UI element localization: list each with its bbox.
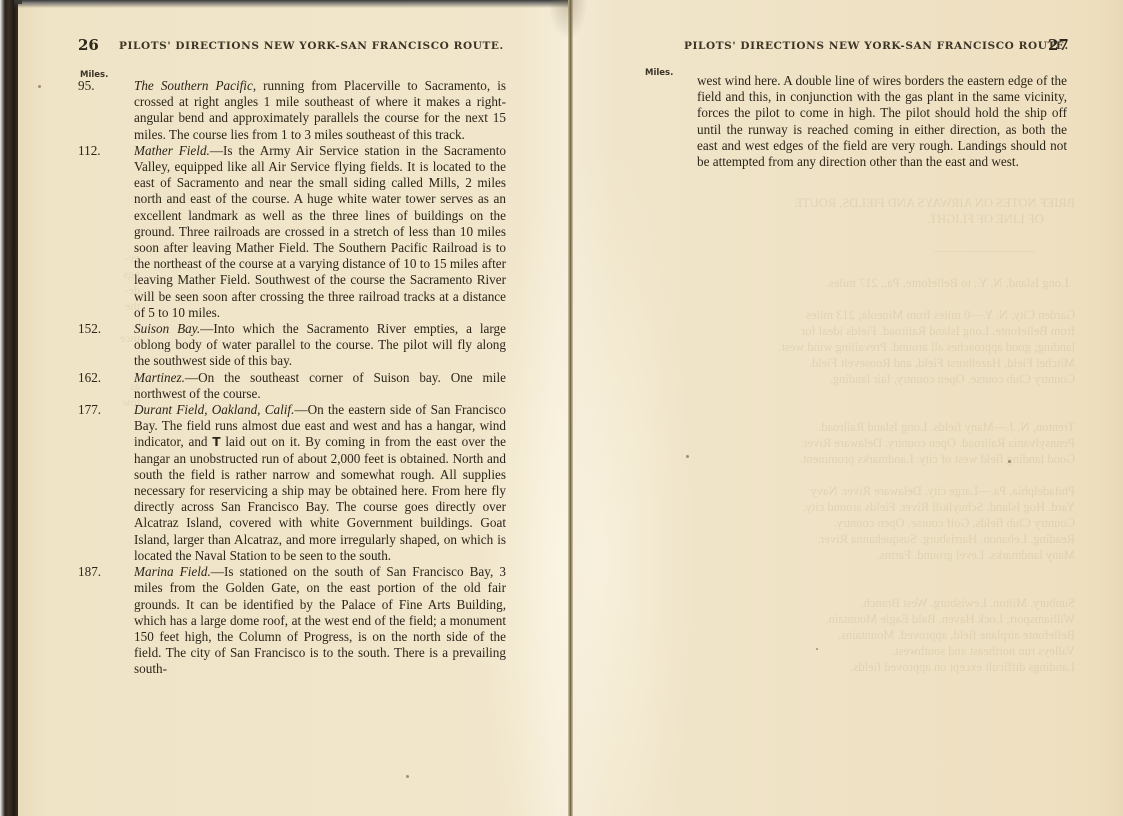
- bleed-through-texture: BRIEF NOTES ON AIRWAYS AND FIELDS, ROUTE…: [655, 195, 1075, 675]
- entry-name: Durant Field, Oakland, Calif.: [134, 402, 294, 417]
- entry-text: laid out on it. By coming in from the ea…: [134, 434, 506, 562]
- route-entry: 112.Mather Field.—Is the Army Air Servic…: [78, 143, 506, 321]
- entry-name: Suison Bay.: [134, 321, 200, 336]
- entry-name: The Southern Pacific: [134, 78, 253, 93]
- entry-name: Martinez.: [134, 370, 185, 385]
- entry-miles: 162.: [78, 370, 116, 386]
- route-entries: 95.The Southern Pacific, running from Pl…: [78, 78, 506, 678]
- entry-miles: 187.: [78, 564, 116, 580]
- entry-miles: 152.: [78, 321, 116, 337]
- continuation-text: west wind here. A double line of wires b…: [697, 73, 1067, 170]
- right-miles-label: Miles.: [645, 68, 673, 78]
- entry-name: Mather Field.: [134, 143, 210, 158]
- entry-miles: 177.: [78, 402, 116, 418]
- paper-speck: [816, 648, 818, 650]
- paper-speck: [686, 455, 689, 458]
- entry-miles: 112.: [78, 143, 116, 159]
- page-fold-shadow: [548, 0, 588, 50]
- open-book: ey- ngs de- the ince as tow 26 PILOTS' D…: [0, 0, 1123, 816]
- t-landing-symbol: T: [212, 435, 220, 449]
- entry-text: —Is the Army Air Service station in the …: [134, 143, 506, 320]
- paper-speck: [406, 775, 409, 778]
- route-entry: 95.The Southern Pacific, running from Pl…: [78, 78, 506, 143]
- right-running-head: PILOTS' DIRECTIONS NEW YORK-SAN FRANCISC…: [684, 40, 1069, 52]
- entry-name: Marina Field.: [134, 564, 211, 579]
- route-entry: 162.Martinez.—On the southeast corner of…: [78, 370, 506, 402]
- entry-miles: 95.: [78, 78, 116, 94]
- left-page-number: 26: [78, 36, 99, 54]
- top-shadow: [14, 0, 569, 8]
- route-entry: 152.Suison Bay.—Into which the Sacrament…: [78, 321, 506, 370]
- route-entry: 177.Durant Field, Oakland, Calif.—On the…: [78, 402, 506, 564]
- paper-speck: [38, 85, 41, 88]
- entry-text: —Is stationed on the south of San Franci…: [134, 564, 506, 676]
- left-running-head: PILOTS' DIRECTIONS NEW YORK-SAN FRANCISC…: [119, 40, 504, 52]
- entry-text: —On the southeast corner of Suison bay. …: [134, 370, 506, 401]
- paper-speck: [1008, 460, 1011, 463]
- route-entry: 187.Marina Field.—Is stationed on the so…: [78, 564, 506, 677]
